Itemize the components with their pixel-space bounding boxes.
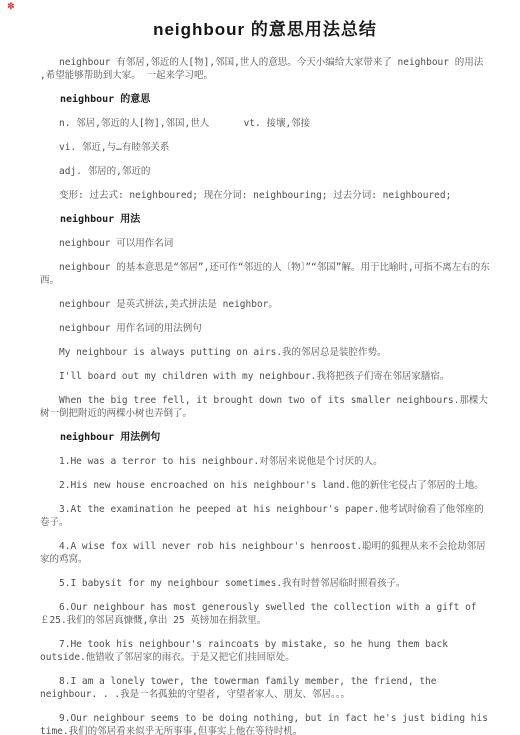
paragraph: 9.Our neighbour seems to be doing nothin… <box>40 712 490 735</box>
paragraph: neighbour 是英式拼法,美式拼法是 neighbor。 <box>40 298 490 311</box>
article-body: neighbour 有邻居,邻近的人[物],邻国,世人的意思。今天小编给大家带来… <box>40 56 490 735</box>
paragraph: 6.Our neighbour has most generously swel… <box>40 601 490 627</box>
paragraph: neighbour 有邻居,邻近的人[物],邻国,世人的意思。今天小编给大家带来… <box>40 56 490 82</box>
red-corner-mark-icon: ✽ <box>7 3 15 12</box>
page-title: neighbour 的意思用法总结 <box>40 20 490 40</box>
paragraph: neighbour 的基本意思是“邻居”,还可作“邻近的人〔物〕”“邻国”解。用… <box>40 261 490 287</box>
paragraph: 8.I am a lonely tower, the towerman fami… <box>40 675 490 701</box>
paragraph: neighbour 可以用作名词 <box>40 237 490 250</box>
paragraph: vi. 邻近,与…有睦邻关系 <box>40 141 490 154</box>
section-heading: neighbour 用法 <box>40 213 490 226</box>
paragraph: n. 邻居,邻近的人[物],邻国,世人 vt. 接壤,邻接 <box>40 117 490 130</box>
paragraph: neighbour 用作名词的用法例句 <box>40 322 490 335</box>
paragraph: 1.He was a terror to his neighbour.对邻居来说… <box>40 455 490 468</box>
paragraph: adj. 邻居的,邻近的 <box>40 165 490 178</box>
paragraph: 2.His new house encroached on his neighb… <box>40 479 490 492</box>
paragraph: I'll board out my children with my neigh… <box>40 370 490 383</box>
page-container: neighbour 的意思用法总结 neighbour 有邻居,邻近的人[物],… <box>0 0 520 735</box>
document-page: { "page": { "background_color": "#ffffff… <box>0 0 520 735</box>
section-heading: neighbour 用法例句 <box>40 431 490 444</box>
paragraph: When the big tree fell, it brought down … <box>40 394 490 420</box>
paragraph: My neighbour is always putting on airs.我… <box>40 346 490 359</box>
paragraph: 变形: 过去式: neighboured; 现在分词: neighbouring… <box>40 189 490 202</box>
paragraph: 7.He took his neighbour's raincoats by m… <box>40 638 490 664</box>
section-heading: neighbour 的意思 <box>40 93 490 106</box>
paragraph: 5.I babysit for my neighbour sometimes.我… <box>40 577 490 590</box>
paragraph: 4.A wise fox will never rob his neighbou… <box>40 540 490 566</box>
paragraph: 3.At the examination he peeped at his ne… <box>40 503 490 529</box>
